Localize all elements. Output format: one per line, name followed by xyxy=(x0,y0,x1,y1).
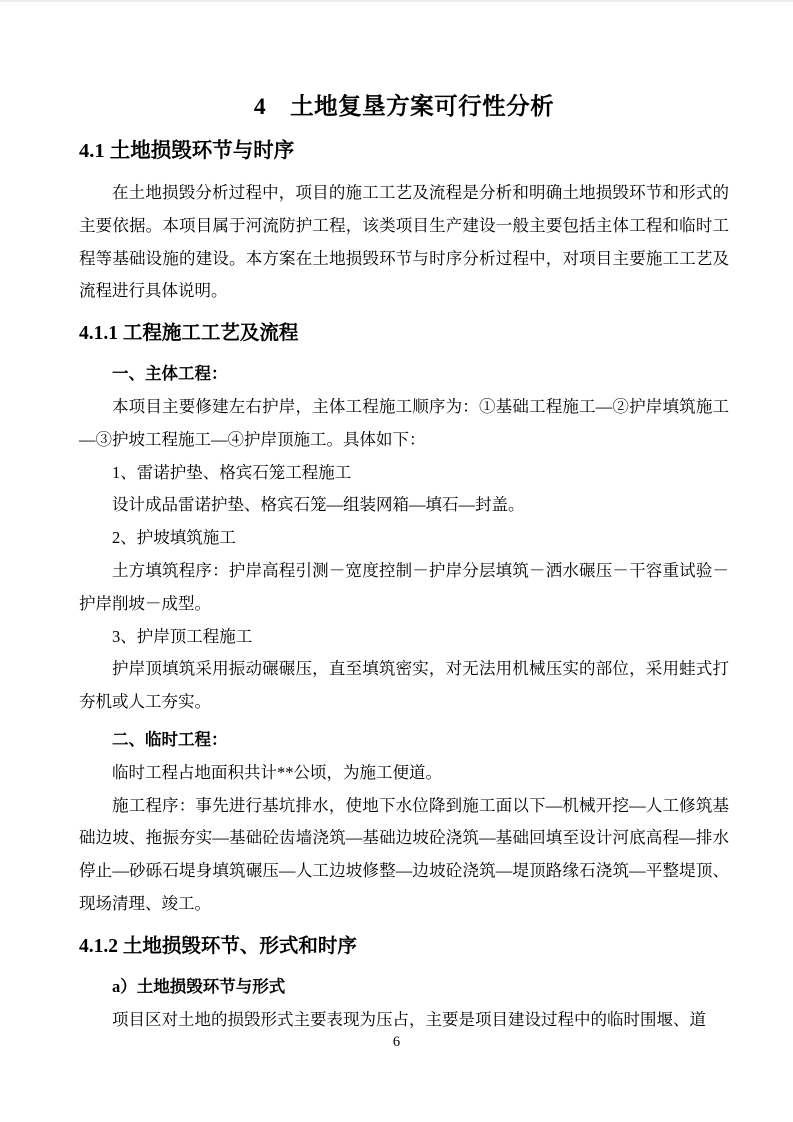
section-heading-4-1: 4.1 土地损毁环节与时序 xyxy=(79,137,729,165)
paragraph-sub-a-label: a）土地损毁环节与形式 xyxy=(79,971,729,1004)
paragraph-item2-title: 2、护坡填筑施工 xyxy=(79,522,729,555)
document-content: 4 土地复垦方案可行性分析 4.1 土地损毁环节与时序 在土地损毁分析过程中，项… xyxy=(0,2,793,1036)
paragraph-item1-body: 设计成品雷诺护垫、格宾石笼—组装网箱—填石—封盖。 xyxy=(79,489,729,522)
paragraph-section-4-1-intro: 在土地损毁分析过程中，项目的施工工艺及流程是分析和明确土地损毁环节和形式的主要依… xyxy=(79,177,729,308)
paragraph-temp-works-procedure: 施工程序：事先进行基坑排水，使地下水位降到施工面以下—机械开挖—人工修筑基础边坡… xyxy=(79,790,729,921)
page-title: 4 土地复垦方案可行性分析 xyxy=(79,91,729,123)
paragraph-item3-body: 护岸顶填筑采用振动碾碾压，直至填筑密实，对无法用机械压实的部位，采用蛙式打夯机或… xyxy=(79,653,729,719)
paragraph-temp-works-label: 二、临时工程： xyxy=(79,724,729,757)
paragraph-temp-works-area: 临时工程占地面积共计**公顷，为施工便道。 xyxy=(79,757,729,790)
document-page: 4 土地复垦方案可行性分析 4.1 土地损毁环节与时序 在土地损毁分析过程中，项… xyxy=(0,0,793,1122)
paragraph-main-works-label: 一、主体工程： xyxy=(79,358,729,391)
paragraph-item1-title: 1、雷诺护垫、格宾石笼工程施工 xyxy=(79,457,729,490)
paragraph-item3-title: 3、护岸顶工程施工 xyxy=(79,621,729,654)
section-heading-4-1-2: 4.1.2 土地损毁环节、形式和时序 xyxy=(79,933,729,961)
section-heading-4-1-1: 4.1.1 工程施工工艺及流程 xyxy=(79,320,729,348)
paragraph-main-works-intro: 本项目主要修建左右护岸，主体工程施工顺序为：①基础工程施工—②护岸填筑施工—③护… xyxy=(79,391,729,457)
paragraph-item2-body: 土方填筑程序：护岸高程引测－宽度控制－护岸分层填筑－洒水碾压－干容重试验－护岸削… xyxy=(79,555,729,621)
page-number: 6 xyxy=(0,1032,793,1052)
